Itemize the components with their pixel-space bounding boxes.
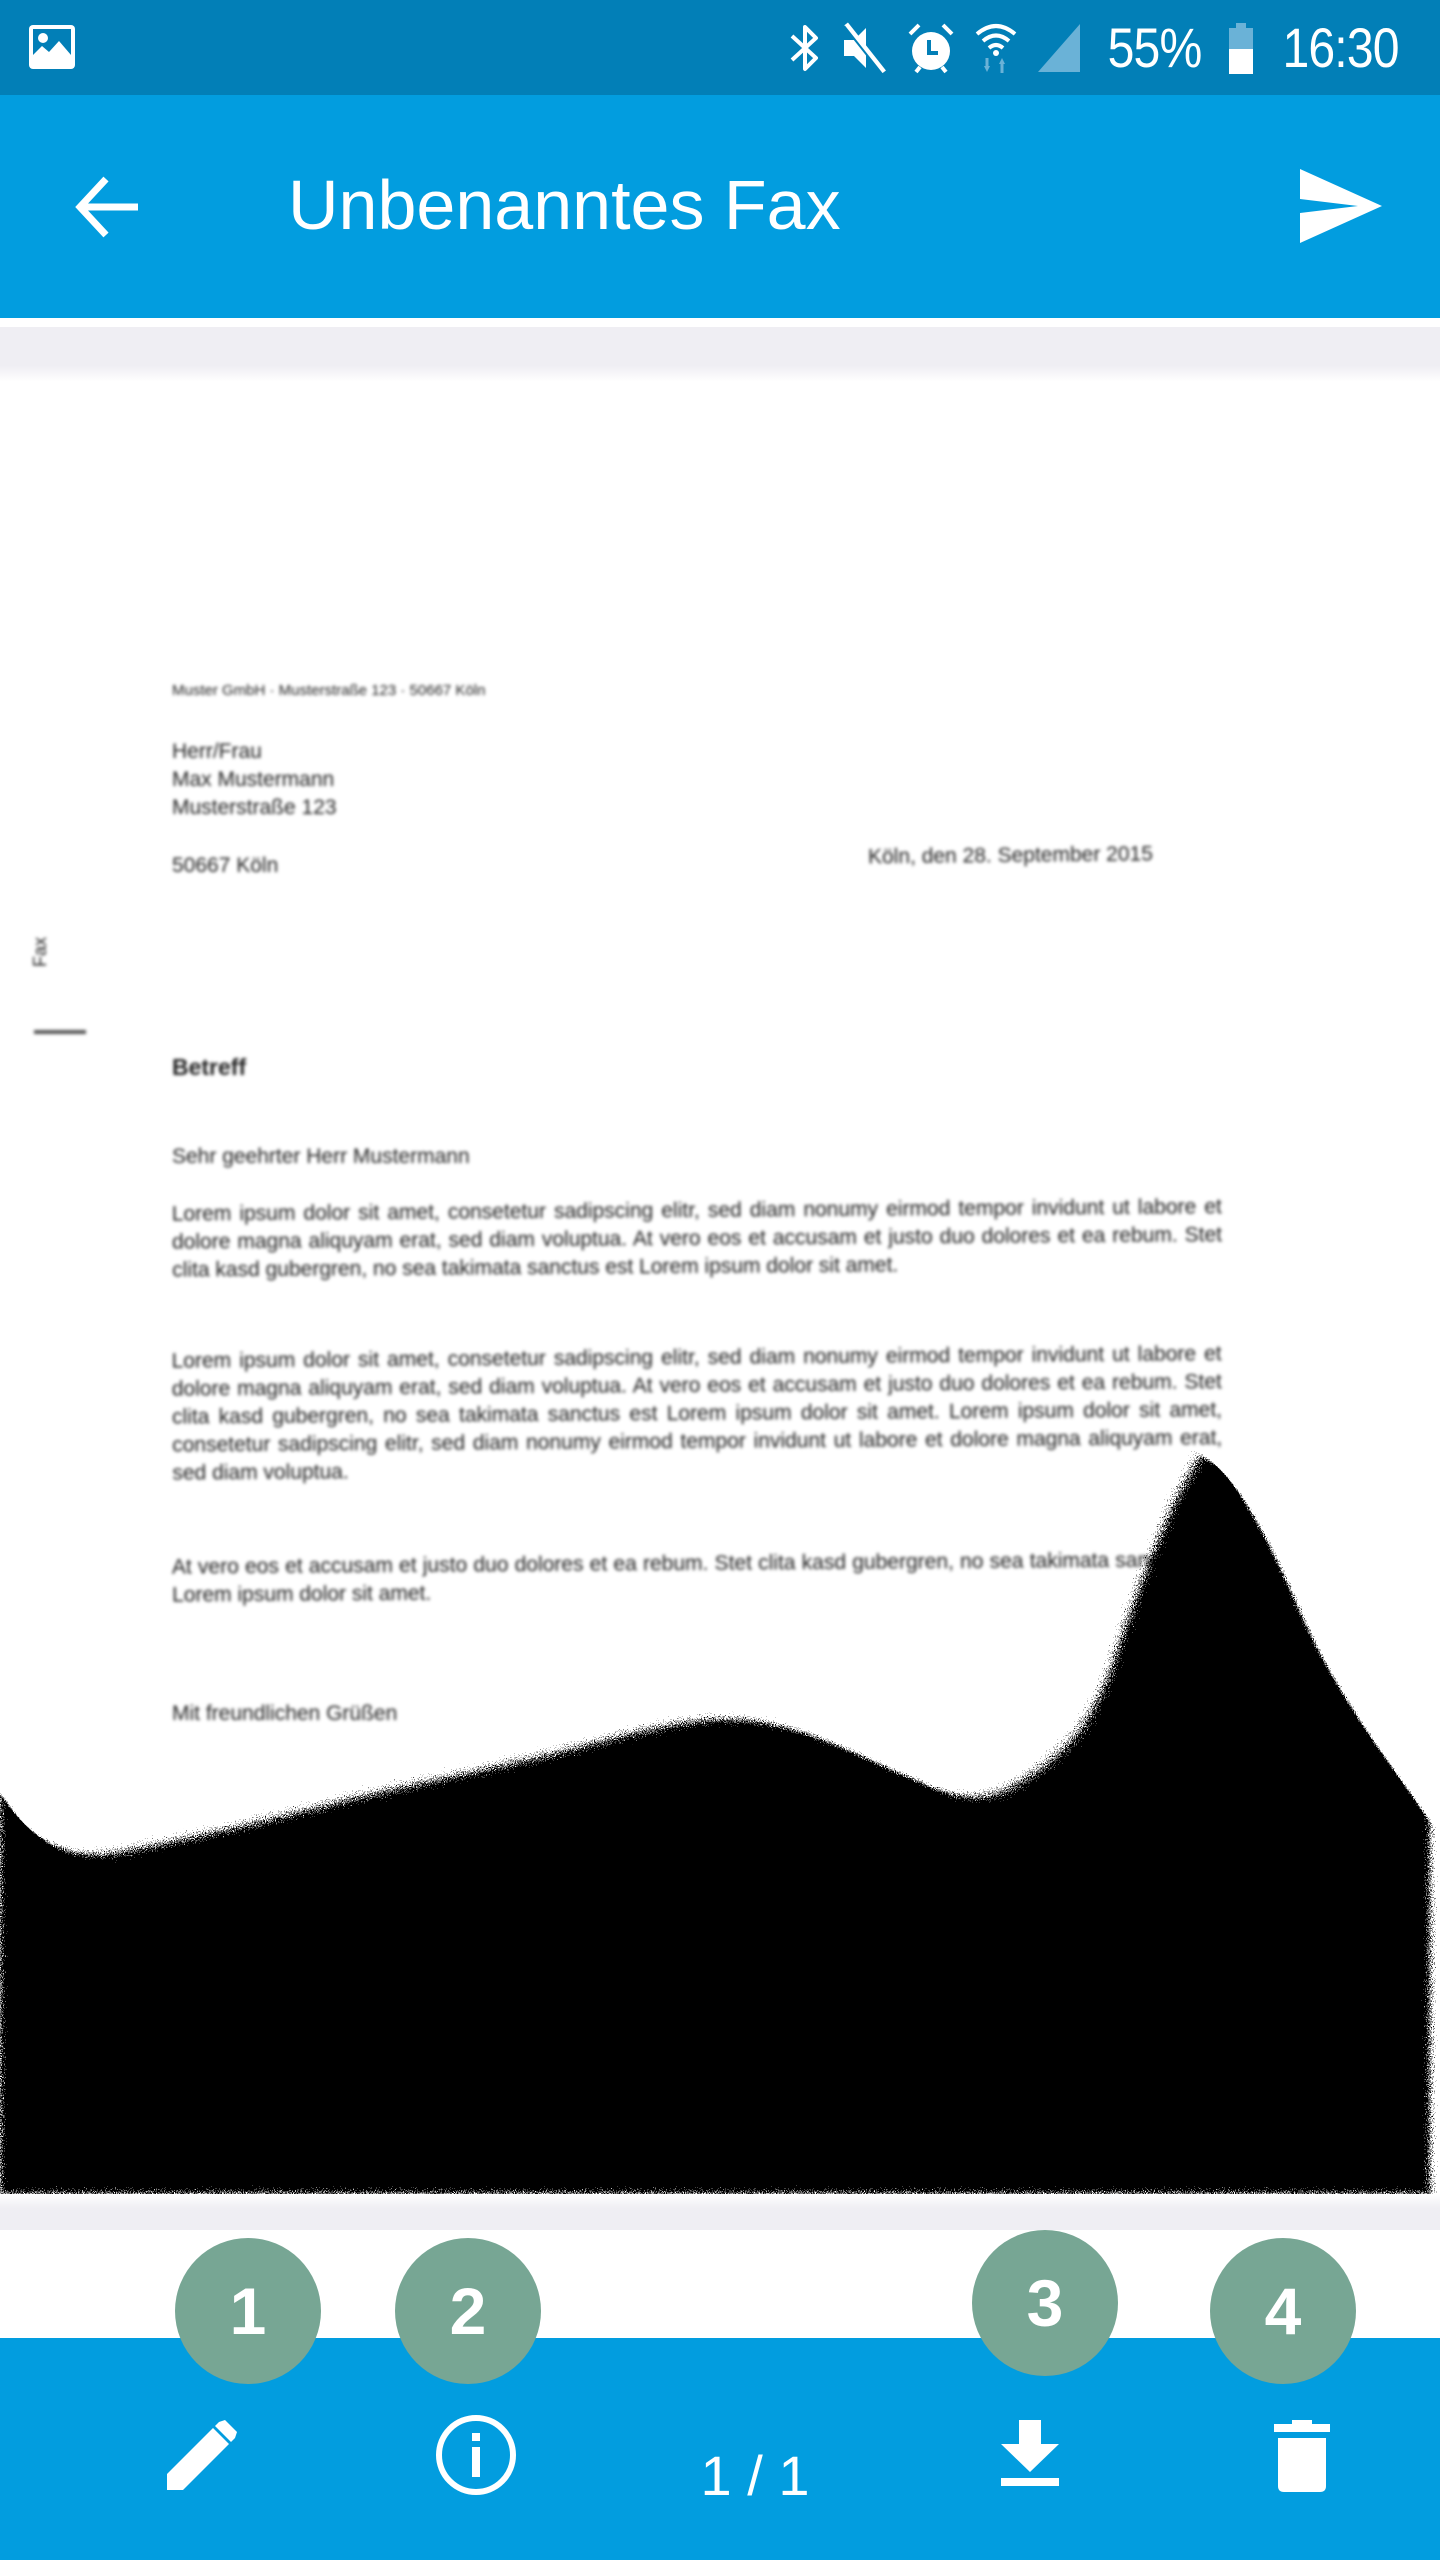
scan-shadow: [0, 382, 1440, 2194]
marker-2: 2: [395, 2238, 541, 2384]
page-title: Unbenanntes Fax: [288, 165, 841, 245]
status-bar: 55% 16:30: [0, 0, 1440, 95]
alarm-icon: [906, 20, 956, 76]
fax-document-preview[interactable]: Muster GmbH · Musterstraße 123 · 50667 K…: [0, 382, 1440, 2194]
battery-icon: [1227, 20, 1255, 76]
app-bar: Unbenanntes Fax: [0, 95, 1440, 318]
clock: 16:30: [1282, 15, 1398, 80]
document-bottom-divider: [0, 2194, 1440, 2230]
wifi-icon: [974, 20, 1018, 76]
send-icon[interactable]: [1296, 165, 1386, 247]
mute-icon: [840, 20, 888, 76]
cell-signal-icon: [1036, 20, 1082, 76]
arrow-back-icon[interactable]: [70, 167, 150, 247]
download-icon[interactable]: [1000, 2420, 1060, 2486]
page-indicator: 1 / 1: [690, 2446, 820, 2506]
marker-4: 4: [1210, 2238, 1356, 2384]
info-icon[interactable]: [434, 2413, 518, 2497]
trash-icon[interactable]: [1272, 2420, 1332, 2494]
battery-percent: 55%: [1107, 15, 1201, 80]
marker-1: 1: [175, 2238, 321, 2384]
document-top-divider: [0, 327, 1440, 382]
marker-3: 3: [972, 2230, 1118, 2376]
image-icon: [28, 24, 76, 70]
bluetooth-icon: [788, 20, 822, 76]
pencil-icon[interactable]: [163, 2418, 239, 2494]
